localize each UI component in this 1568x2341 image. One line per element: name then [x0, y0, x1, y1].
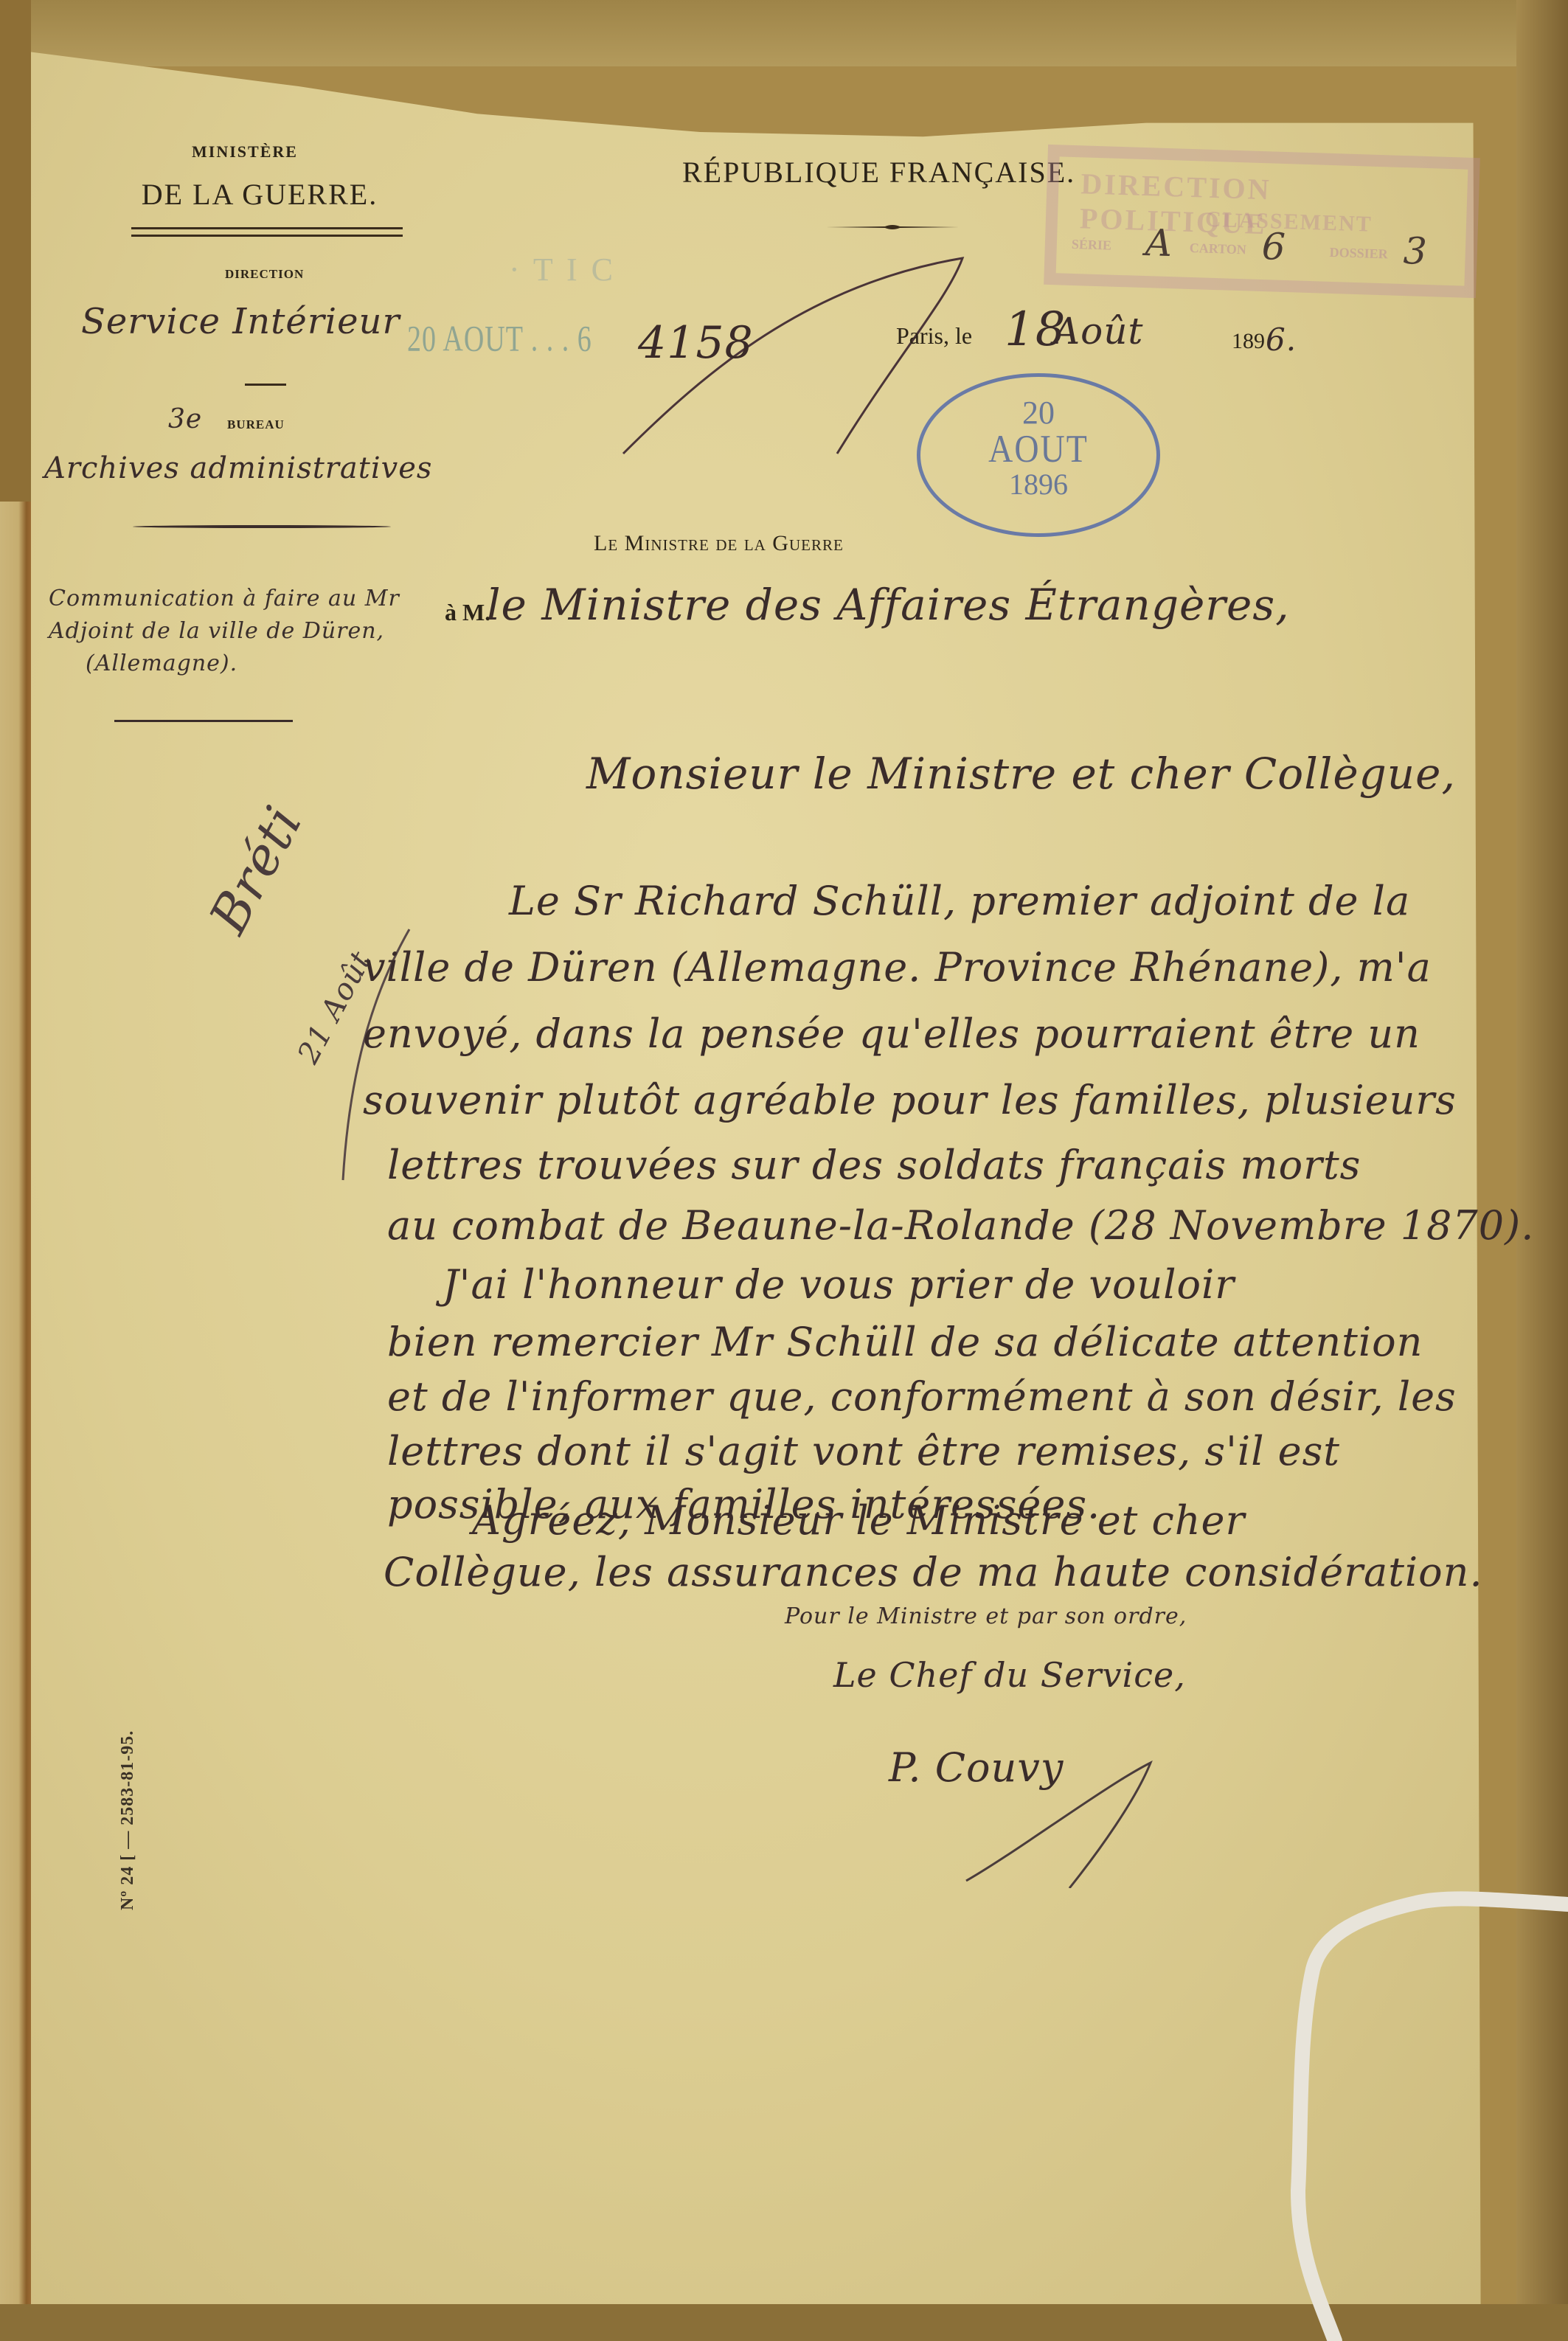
stamp-subtitle: CLASSEMENT [1205, 207, 1373, 237]
sender-title: Le Ministre de la Guerre [594, 531, 844, 556]
closing-line: Agréez, Monsieur le Ministre et cher [472, 1497, 1245, 1544]
received-date-stamp: 20 AOUT 1896 [917, 373, 1160, 537]
body-line: et de l'informer que, conformément à son… [387, 1373, 1457, 1420]
margin-note-line: (Allemagne). [49, 648, 400, 680]
signature-flourish [885, 1741, 1165, 1888]
date-month: Août [1053, 310, 1144, 353]
bureau-value: Archives administratives [44, 451, 432, 485]
double-rule-top [131, 227, 403, 229]
direction-label: DIRECTION [225, 267, 304, 282]
place-label: Paris, le [896, 322, 972, 350]
stamp-day: 20 [920, 396, 1156, 430]
body-line: lettres trouvées sur des soldats françai… [387, 1142, 1361, 1188]
faint-date-stamp: 20 AOUT . . . 6 [407, 318, 592, 360]
margin-note-line: Adjoint de la ville de Düren, [49, 615, 400, 648]
stamp-carton-value: 6 [1261, 225, 1286, 268]
margin-note-rule [114, 720, 293, 722]
ministry-label-big: DE LA GUERRE. [134, 177, 385, 212]
year-prefix: 189 [1232, 329, 1265, 354]
salutation: Monsieur le Ministre et cher Collègue, [586, 749, 1456, 799]
body-line: bien remercier Mr Schüll de sa délicate … [387, 1319, 1423, 1365]
stamp-serie-label: SÉRIE [1072, 237, 1112, 254]
body-line: lettres dont il s'agit vont être remises… [387, 1428, 1340, 1474]
direction-value: Service Intérieur [81, 301, 400, 342]
body-line: ville de Düren (Allemagne. Province Rhén… [363, 944, 1432, 991]
ornament-divider [826, 223, 959, 231]
body-line: au combat de Beaune-la-Rolande (28 Novem… [387, 1202, 1534, 1249]
body-line: Le Sr Richard Schüll, premier adjoint de… [509, 878, 1410, 924]
bureau-label: BUREAU [227, 417, 285, 432]
form-number: Nº 24 [ — 2583-81-95. [118, 1730, 138, 1910]
stamp-carton-label: CARTON [1189, 240, 1246, 257]
signature-line-for-minister: Pour le Ministre et par son ordre, [785, 1603, 1187, 1629]
addressee-prefix: à M. [445, 599, 490, 626]
margin-note: Communication à faire au Mr Adjoint de l… [49, 583, 400, 680]
classification-stamp: DIRECTION POLITIQUE CLASSEMENT SÉRIE A C… [1044, 145, 1480, 298]
closing-line: Collègue, les assurances de ma haute con… [384, 1549, 1483, 1595]
bureau-number: 3e [168, 404, 202, 434]
margin-note-line: Communication à faire au Mr [49, 583, 400, 615]
stamp-dossier-label: DOSSIER [1329, 245, 1388, 262]
bureau-rule [133, 525, 391, 528]
year-suffix: 6. [1266, 322, 1297, 358]
stamp-dossier-value: 3 [1403, 229, 1428, 273]
background-left [0, 0, 31, 509]
reference-number: 4158 [638, 317, 754, 369]
faint-stamp-top: · T I C [509, 251, 616, 288]
double-rule-bottom [131, 235, 403, 237]
stamp-year: 1896 [920, 468, 1156, 501]
background-top [0, 0, 1568, 66]
stamp-month: AOUT [920, 427, 1156, 471]
stamp-serie-value: A [1145, 221, 1173, 265]
ministry-label-small: MINISTÈRE [171, 142, 319, 162]
white-cable [1180, 1844, 1568, 2341]
body-line: souvenir plutôt agréable pour les famill… [363, 1077, 1457, 1123]
republic-heading: RÉPUBLIQUE FRANÇAISE. [682, 155, 1075, 190]
separator-rule [245, 384, 286, 386]
underlying-page-edge [0, 502, 31, 2341]
signature-line-chief: Le Chef du Service, [833, 1655, 1186, 1695]
body-line: envoyé, dans la pensée qu'elles pourraie… [363, 1010, 1420, 1057]
addressee-name: le Ministre des Affaires Étrangères, [487, 580, 1290, 630]
body-line: J'ai l'honneur de vous prier de vouloir [443, 1261, 1235, 1308]
